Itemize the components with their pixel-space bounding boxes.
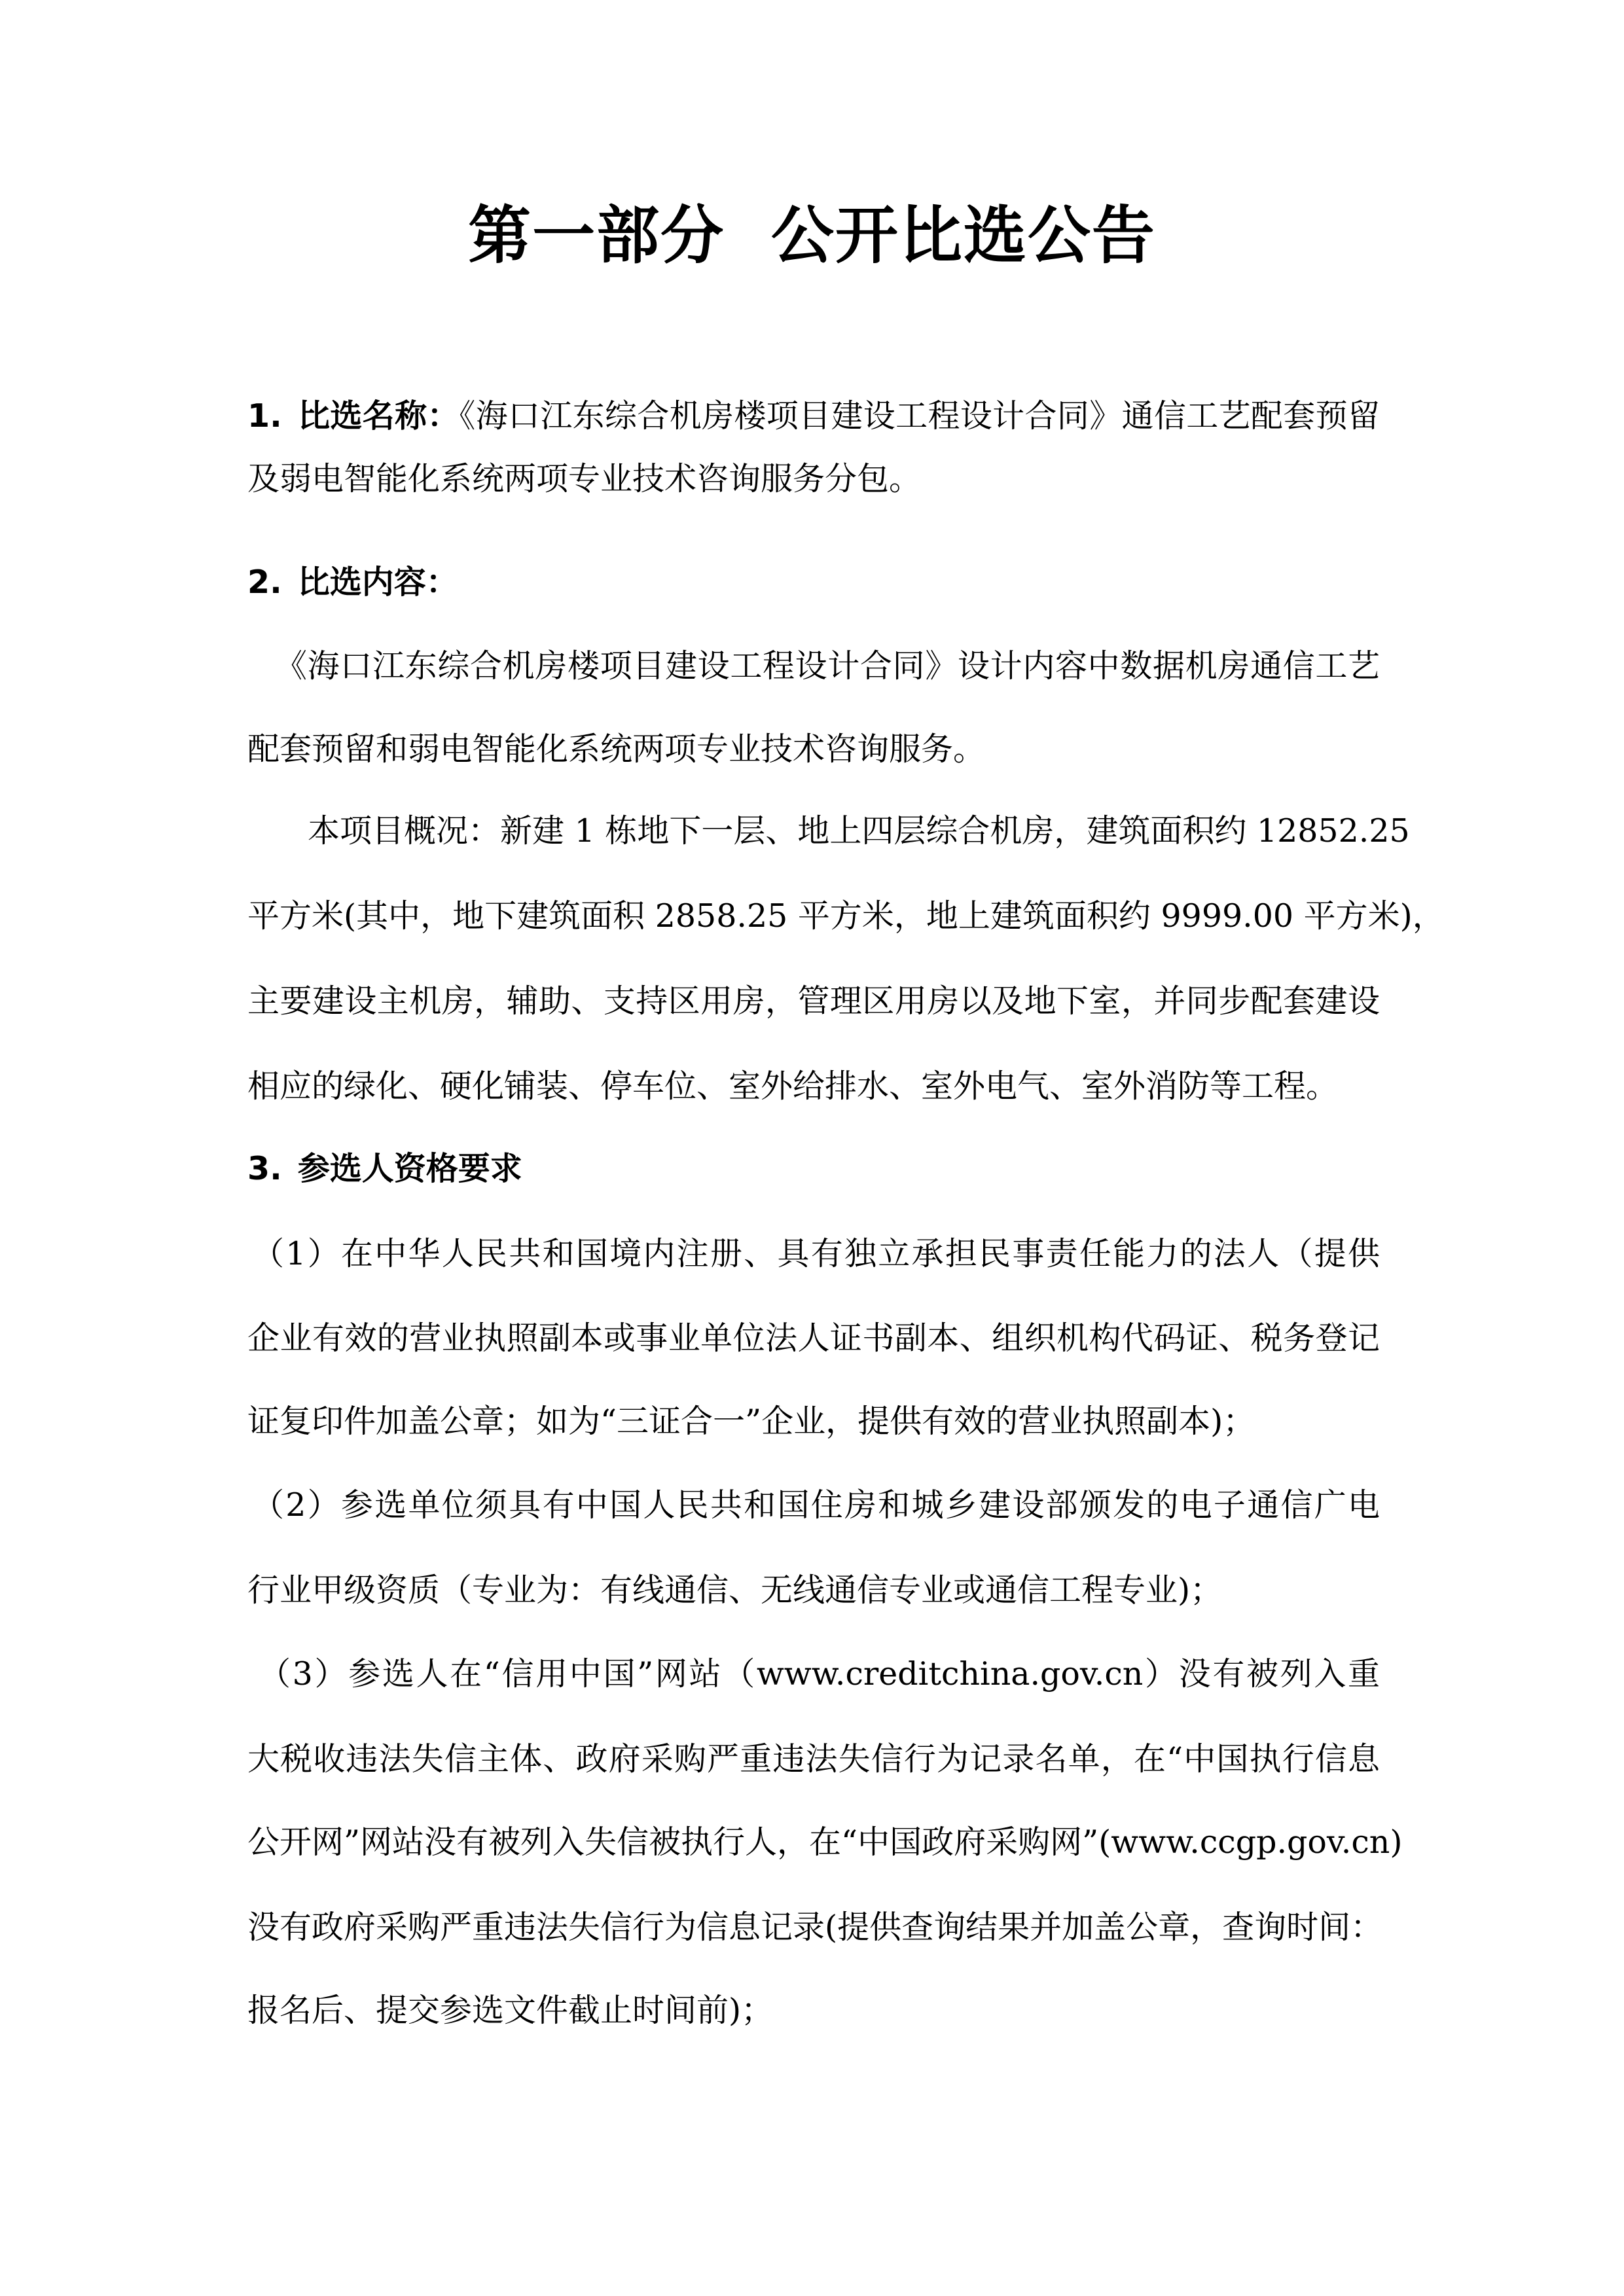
section-3-heading: 参选人资格要求 [298, 1150, 522, 1187]
section-3-item-3-line-1: （3）参选人在“信用中国”网站（www.creditchina.gov.cn）没… [259, 1655, 1380, 1694]
section-2-heading: 比选内容： [298, 564, 458, 601]
section-1-text-line-1: 《海口江东综合机房楼项目建设工程设计合同》通信工艺配套预留 [460, 397, 1380, 435]
section-3-heading-line: 3.参选人资格要求 [247, 1149, 1380, 1189]
section-1-line-1: 1.比选名称：《海口江东综合机房楼项目建设工程设计合同》通信工艺配套预留 [247, 397, 1380, 436]
section-3-number: 3. [247, 1150, 282, 1187]
section-2-heading-line: 2.比选内容： [247, 563, 1380, 602]
section-2-para-2-line-1: 本项目概况：新建 1 栋地下一层、地上四层综合机房，建筑面积约 12852.25 [308, 812, 1380, 851]
section-3-item-1-line-2: 企业有效的营业执照副本或事业单位法人证书副本、组织机构代码证、税务登记 [247, 1319, 1380, 1358]
section-2-number: 2. [247, 564, 282, 601]
page-title: 第一部分 公开比选公告 [0, 196, 1624, 275]
section-3-item-2-line-2: 行业甲级资质（专业为：有线通信、无线通信专业或通信工程专业)； [247, 1571, 1380, 1610]
section-1-heading: 比选名称： [298, 397, 460, 435]
section-2-para-1-line-1: 《海口江东综合机房楼项目建设工程设计合同》设计内容中数据机房通信工艺 [275, 647, 1380, 686]
section-3-item-3-line-5: 报名后、提交参选文件截止时间前)； [247, 1991, 1380, 2030]
section-3-item-1-line-3: 证复印件加盖公章；如为“三证合一”企业，提供有效的营业执照副本)； [247, 1402, 1380, 1441]
section-3-item-3-line-2: 大税收违法失信主体、政府采购严重违法失信行为记录名单，在“中国执行信息 [247, 1740, 1380, 1779]
section-2-para-2-line-3: 主要建设主机房，辅助、支持区用房，管理区用房以及地下室，并同步配套建设 [247, 982, 1380, 1021]
section-3-item-3-line-4: 没有政府采购严重违法失信行为信息记录(提供查询结果并加盖公章，查询时间： [247, 1908, 1380, 1947]
section-1-line-2: 及弱电智能化系统两项专业技术咨询服务分包。 [247, 459, 1380, 499]
section-2-para-2-line-4: 相应的绿化、硬化铺装、停车位、室外给排水、室外电气、室外消防等工程。 [247, 1067, 1380, 1106]
document-page: 第一部分 公开比选公告 1.比选名称：《海口江东综合机房楼项目建设工程设计合同》… [0, 0, 1624, 2296]
section-3-item-2-line-1: （2）参选单位须具有中国人民共和国住房和城乡建设部颁发的电子通信广电 [252, 1486, 1380, 1525]
section-3-item-3-line-3: 公开网”网站没有被列入失信被执行人，在“中国政府采购网”(www.ccgp.go… [247, 1823, 1380, 1862]
section-1-number: 1. [247, 397, 282, 435]
section-2-para-2-line-2: 平方米(其中，地下建筑面积 2858.25 平方米，地上建筑面积约 9999.0… [247, 897, 1380, 936]
section-2-para-1-line-2: 配套预留和弱电智能化系统两项专业技术咨询服务。 [247, 730, 1380, 769]
section-3-item-1-line-1: （1）在中华人民共和国境内注册、具有独立承担民事责任能力的法人（提供 [252, 1234, 1380, 1274]
